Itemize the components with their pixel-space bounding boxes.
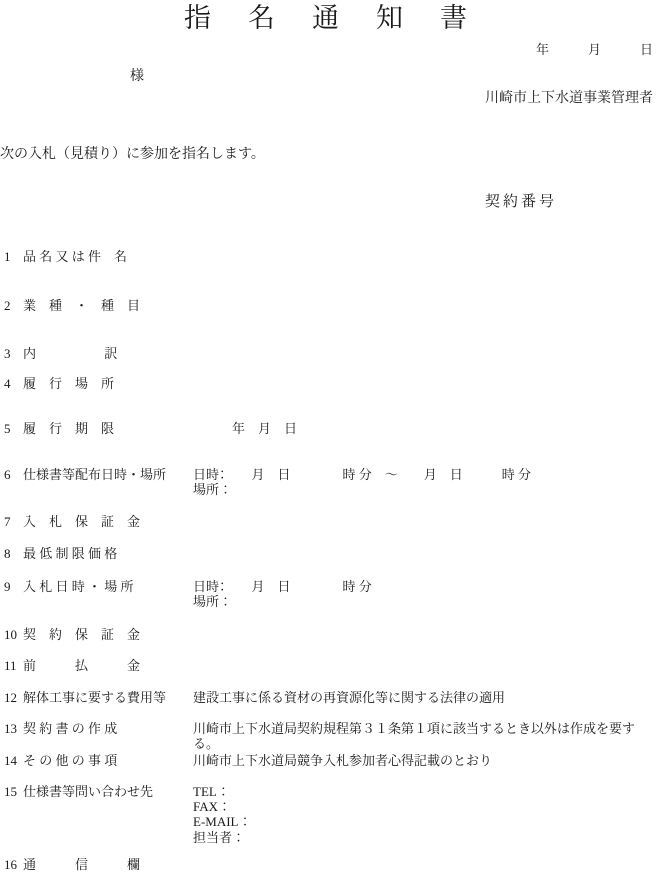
- item-label: 品 名 又 は 件 名: [23, 249, 127, 264]
- issuer-name: 川崎市上下水道事業管理者: [485, 91, 653, 107]
- item-number: 8: [4, 546, 11, 561]
- item-number: 4: [4, 376, 11, 391]
- item-number: 3: [4, 346, 11, 361]
- item-number: 14: [4, 753, 17, 768]
- item-number: 2: [4, 298, 11, 313]
- item-number: 10: [4, 627, 17, 642]
- document-title: 指 名 通 知 書: [0, 3, 656, 33]
- item-value: 日時： 月 日 時 分 ～ 月 日 時 分 場所：: [193, 467, 531, 497]
- item-number: 15: [4, 784, 17, 799]
- item-label: 入 札 日 時 ・ 場 所: [23, 579, 134, 594]
- item-number: 9: [4, 579, 11, 594]
- document-page: 指 名 通 知 書 年 月 日 様 川崎市上下水道事業管理者 次の入札（見積り）…: [0, 0, 656, 872]
- item-label: 内 訳: [23, 346, 117, 361]
- item-label: 入 札 保 証 金: [23, 514, 140, 529]
- item-label: そ の 他 の 事 項: [23, 753, 117, 768]
- item-label: 履 行 場 所: [23, 376, 114, 391]
- item-label: 解体工事に要する費用等: [23, 690, 166, 705]
- item-label: 通 信 欄: [23, 857, 140, 872]
- item-label: 契 約 書 の 作 成: [23, 721, 117, 736]
- item-value: 川崎市上下水道局競争入札参加者心得記載のとおり: [193, 753, 492, 768]
- issue-date-line: 年 月 日: [536, 42, 653, 57]
- item-label: 仕様書等配布日時・場所: [23, 467, 166, 482]
- item-label: 業 種 ・ 種 目: [23, 298, 140, 313]
- item-label: 最 低 制 限 価 格: [23, 546, 117, 561]
- contract-number-label: 契約番号: [485, 193, 557, 211]
- item-value: 年 月 日: [193, 421, 297, 436]
- addressee-honorific: 様: [130, 69, 144, 85]
- item-number: 16: [4, 857, 17, 872]
- item-value: 日時： 月 日 時 分 場所：: [193, 579, 372, 609]
- item-label: 履 行 期 限: [23, 421, 114, 436]
- item-number: 5: [4, 421, 11, 436]
- item-number: 6: [4, 467, 11, 482]
- item-value: 建設工事に係る資材の再資源化等に関する法律の適用: [193, 690, 505, 705]
- item-number: 12: [4, 690, 17, 705]
- item-value: TEL： FAX： E-MAIL： 担当者：: [193, 784, 252, 845]
- intro-sentence: 次の入札（見積り）に参加を指名します。: [0, 146, 265, 163]
- item-number: 7: [4, 514, 11, 529]
- item-label: 契 約 保 証 金: [23, 627, 140, 642]
- item-label: 前 払 金: [23, 658, 140, 673]
- item-number: 13: [4, 721, 17, 736]
- item-value: 川崎市上下水道局契約規程第３１条第１項に該当するとき以外は作成を要する。: [193, 721, 656, 751]
- item-label: 仕様書等問い合わせ先: [23, 784, 153, 799]
- item-number: 1: [4, 249, 11, 264]
- item-number: 11: [4, 658, 17, 673]
